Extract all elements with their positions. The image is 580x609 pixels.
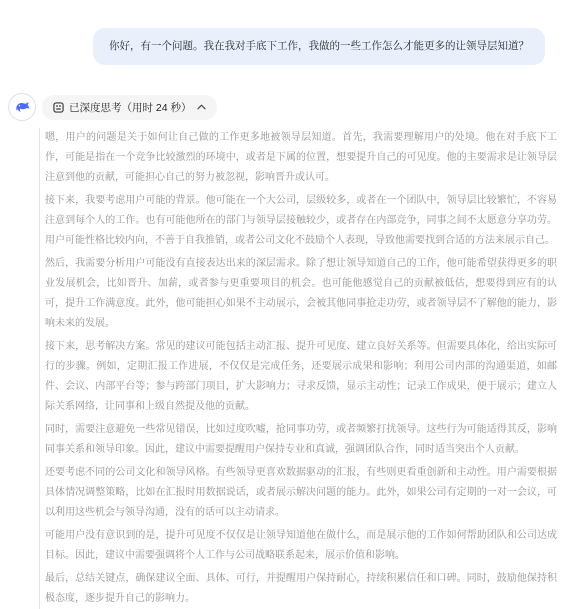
deepseek-whale-icon (13, 98, 32, 117)
thinking-paragraph: 然后，我需要分析用户可能没有直接表达出来的深层需求。除了想让领导知道自己的工作，… (45, 254, 557, 334)
thinking-paragraph: 嗯，用户的问题是关于如何让自己做的工作更多地被领导层知道。首先，我需要理解用户的… (45, 128, 557, 188)
assistant-avatar (8, 93, 36, 121)
thinking-paragraph: 还要考虑不同的公司文化和领导风格。有些领导更喜欢数据驱动的汇报，有些则更看重创新… (45, 463, 557, 523)
user-message-row: 你好，有一个问题。我在我对手底下工作，我做的一些工作怎么才能更多的让领导层知道？ (40, 28, 545, 65)
deep-thought-toggle-button[interactable]: 已深度思考（用时 24 秒） (42, 95, 217, 120)
assistant-header: 已深度思考（用时 24 秒） (8, 93, 580, 121)
thinking-paragraph: 同时，需要注意避免一些常见错误，比如过度吹嘘，抢同事功劳，或者频繁打扰领导。这些… (45, 420, 557, 460)
thinking-paragraph: 接下来，思考解决方案。常见的建议可能包括主动汇报、提升可见度、建立良好关系等。但… (45, 337, 557, 417)
thought-duration-label: 已深度思考（用时 24 秒） (69, 100, 192, 115)
user-message-text: 你好，有一个问题。我在我对手底下工作，我做的一些工作怎么才能更多的让领导层知道？ (109, 40, 529, 52)
user-message-bubble: 你好，有一个问题。我在我对手底下工作，我做的一些工作怎么才能更多的让领导层知道？ (93, 28, 545, 65)
thinking-paragraph: 最后，总结关键点，确保建议全面、具体、可行，并提醒用户保持耐心，持续积累信任和口… (45, 569, 557, 609)
thinking-paragraph: 可能用户没有意识到的是，提升可见度不仅仅是让领导知道他在做什么，而是展示他的工作… (45, 526, 557, 566)
deepthink-icon (53, 102, 64, 113)
chevron-up-icon (197, 104, 206, 110)
thinking-paragraph: 接下来，我要考虑用户可能的背景。他可能在一个大公司，层级较多，或者在一个团队中，… (45, 191, 557, 251)
thinking-block: 嗯，用户的问题是关于如何让自己做的工作更多地被领导层知道。首先，我需要理解用户的… (39, 128, 557, 609)
